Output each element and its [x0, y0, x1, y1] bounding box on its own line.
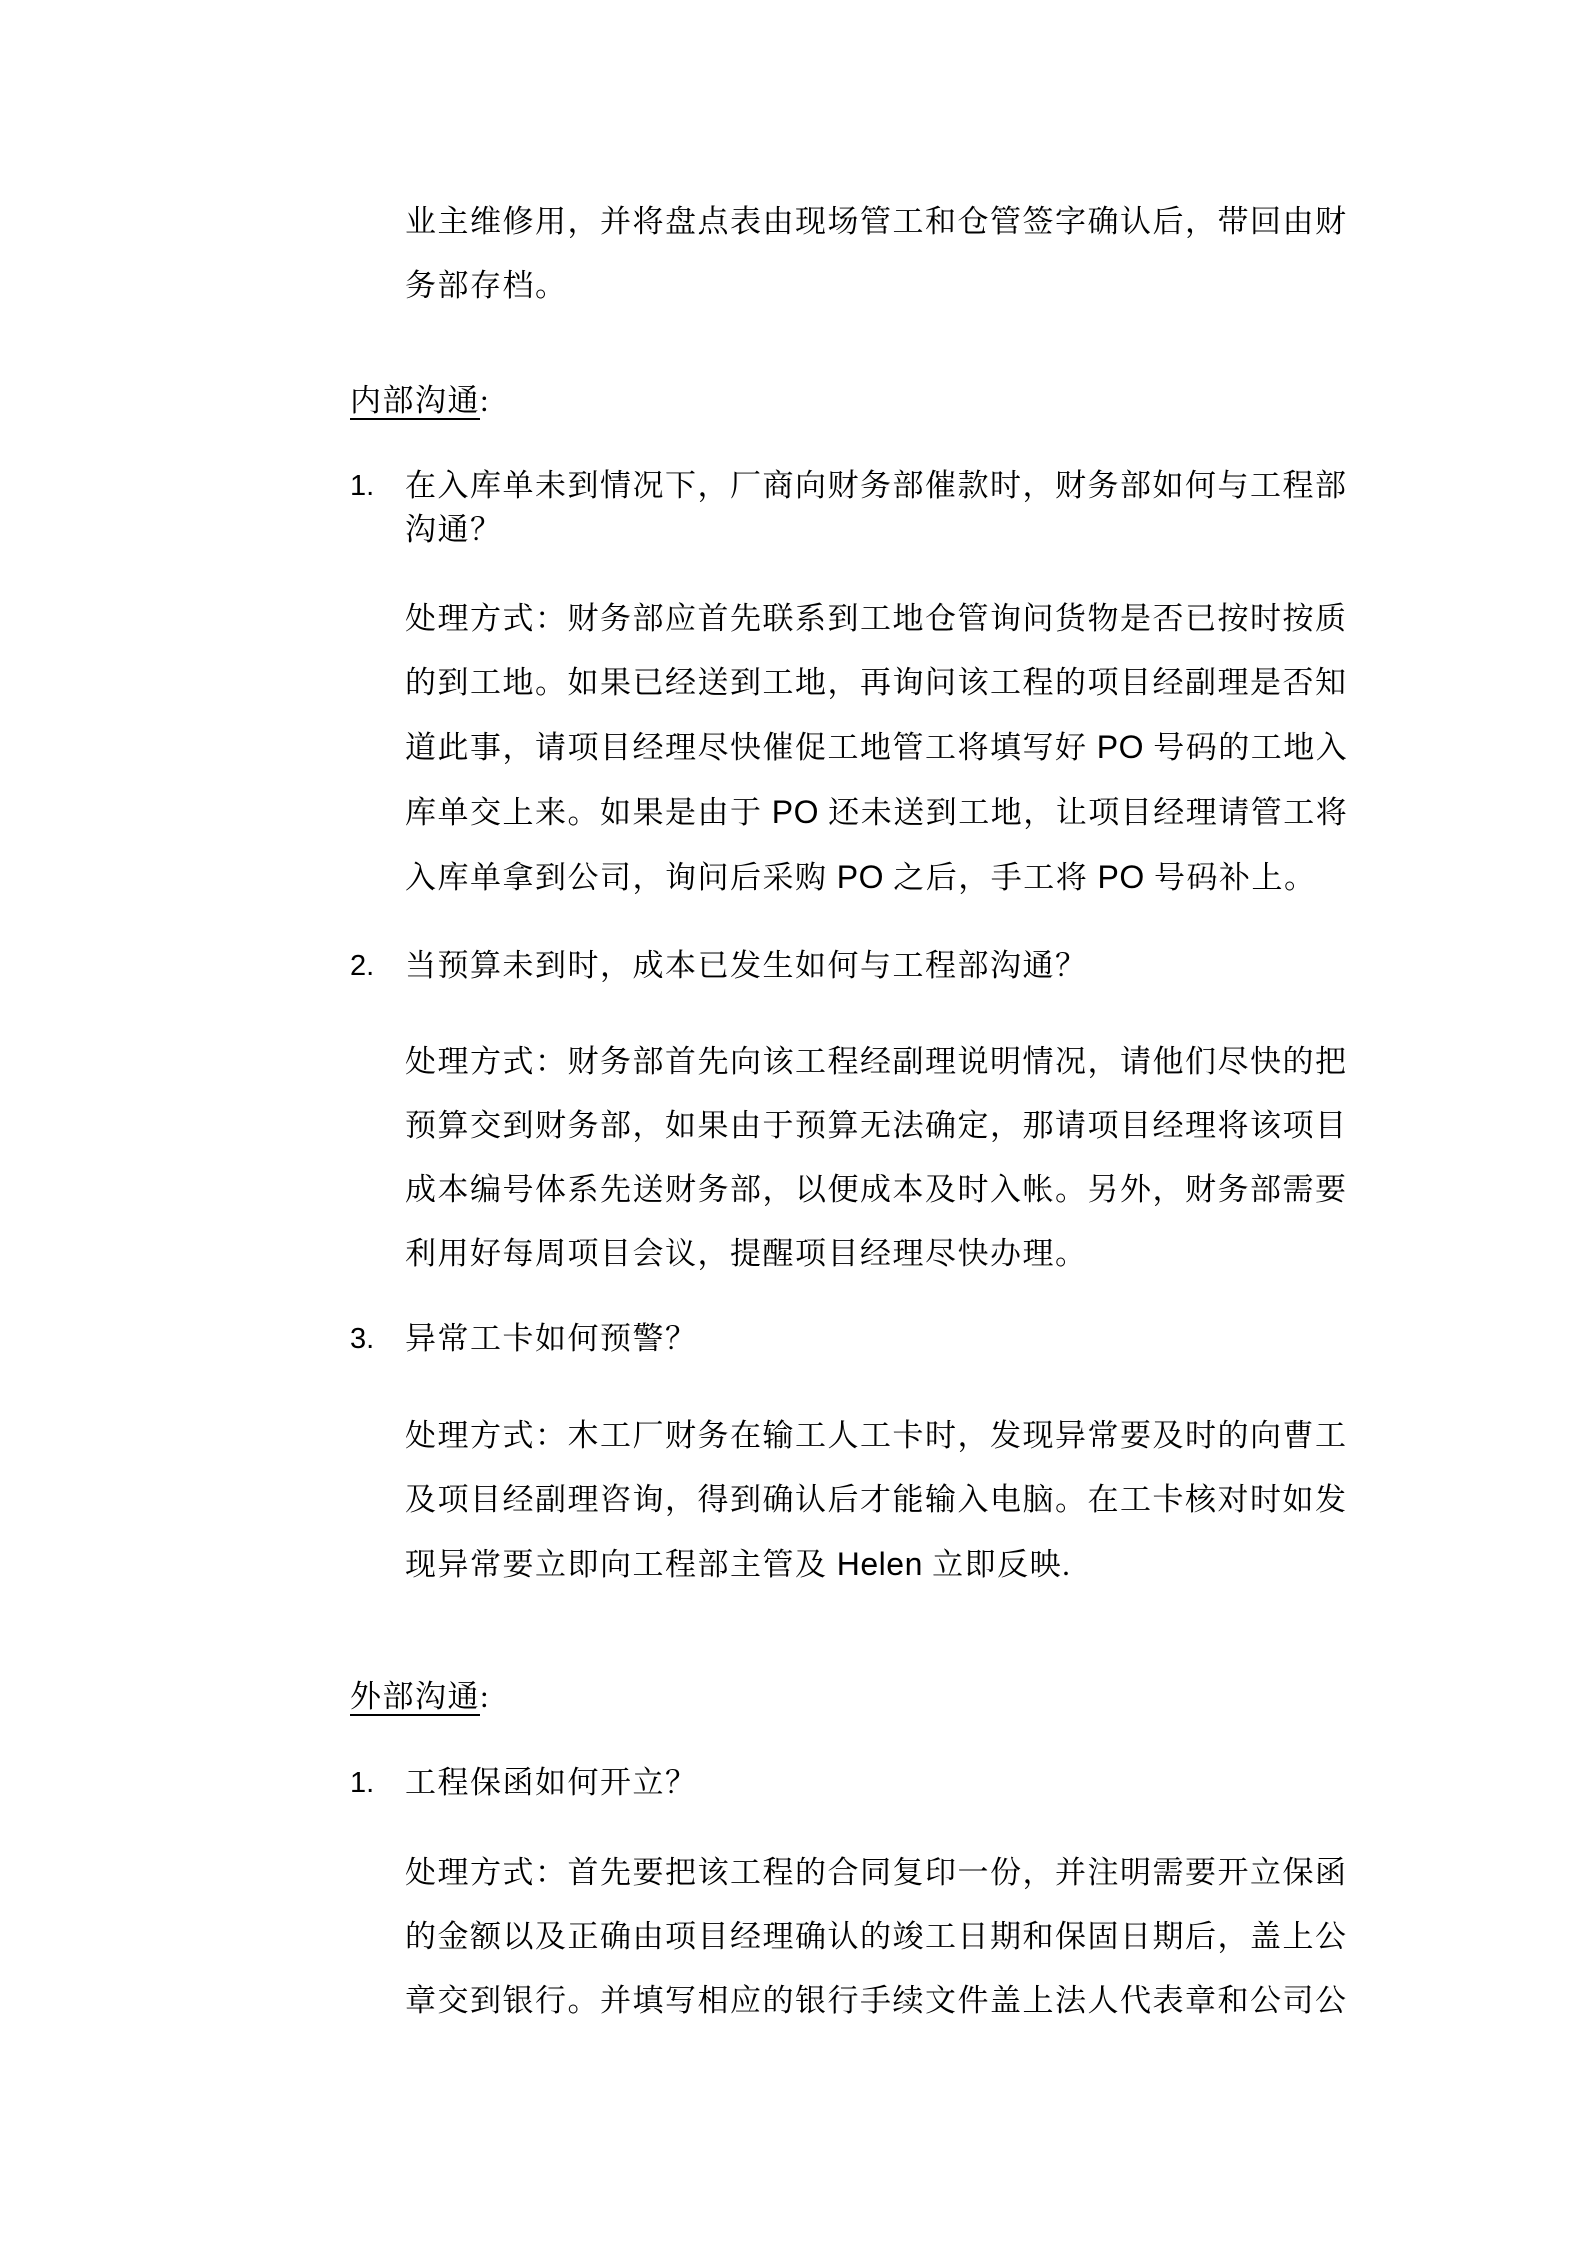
section-heading-internal: 内部沟通:	[350, 379, 1587, 423]
numbered-item: 1. 工程保函如何开立？	[350, 1761, 1587, 1805]
numbered-item: 3. 异常工卡如何预警？	[350, 1317, 1587, 1361]
numbered-item: 1. 在入库单未到情况下，厂商向财务部催款时，财务部如何与工程部 沟通？	[350, 464, 1587, 552]
text-line: 章交到银行。并填写相应的银行手续文件盖上法人代表章和公司公	[405, 1969, 1587, 2033]
latin-text: PO	[837, 859, 884, 895]
latin-text: PO	[772, 794, 819, 830]
text-line: 及项目经副理咨询，得到确认后才能输入电脑。在工卡核对时如发	[405, 1468, 1587, 1532]
answer-paragraph: 处理方式：财务部应首先联系到工地仓管询问货物是否已按时按质 的到工地。如果已经送…	[405, 587, 1587, 910]
text-line: 入库单拿到公司，询问后采购 PO 之后，手工将 PO 号码补上。	[405, 845, 1587, 910]
continuation-paragraph: 业主维修用，并将盘点表由现场管工和仓管签字确认后，带回由财 务部存档。	[405, 190, 1587, 318]
text-line: 业主维修用，并将盘点表由现场管工和仓管签字确认后，带回由财	[405, 190, 1587, 254]
text-line: 的金额以及正确由项目经理确认的竣工日期和保固日期后，盖上公	[405, 1905, 1587, 1969]
answer-text: 号码的工地入	[1144, 730, 1348, 765]
document-page: 业主维修用，并将盘点表由现场管工和仓管签字确认后，带回由财 务部存档。 内部沟通…	[0, 0, 1587, 2245]
question-line: 当预算未到时，成本已发生如何与工程部沟通？	[405, 944, 1587, 988]
answer-paragraph: 处理方式：首先要把该工程的合同复印一份，并注明需要开立保函 的金额以及正确由项目…	[405, 1841, 1587, 2033]
answer-text: 预算交到财务部，如果由于预算无法确定，那请项目经理将该项目	[405, 1108, 1348, 1143]
answer-text: 的金额以及正确由项目经理确认的竣工日期和保固日期后，盖上公	[405, 1919, 1348, 1954]
section-heading-text: 外部沟通	[350, 1679, 480, 1714]
answer-text: 及项目经副理咨询，得到确认后才能输入电脑。在工卡核对时如发	[405, 1482, 1348, 1517]
answer-text: 的到工地。如果已经送到工地，再询问该工程的项目经副理是否知	[405, 665, 1348, 700]
item-question: 异常工卡如何预警？	[405, 1317, 1587, 1361]
latin-text: PO	[1097, 729, 1144, 765]
answer-text: 之后，手工将	[884, 860, 1098, 895]
item-number: 1.	[350, 1761, 405, 1805]
question-line: 工程保函如何开立？	[405, 1761, 1587, 1805]
answer-text: 入库单拿到公司，询问后采购	[405, 860, 837, 895]
answer-text: 立即反映.	[923, 1547, 1072, 1582]
answer-text: 库单交上来。如果是由于	[405, 795, 772, 830]
text-line: 处理方式：木工厂财务在输工人工卡时，发现异常要及时的向曹工	[405, 1404, 1587, 1468]
section-heading-external: 外部沟通:	[350, 1675, 1587, 1719]
numbered-item: 2. 当预算未到时，成本已发生如何与工程部沟通？	[350, 944, 1587, 988]
text-line: 利用好每周项目会议，提醒项目经理尽快办理。	[405, 1222, 1587, 1286]
item-question: 工程保函如何开立？	[405, 1761, 1587, 1805]
text-line: 库单交上来。如果是由于 PO 还未送到工地，让项目经理请管工将	[405, 780, 1587, 845]
answer-text: 处理方式：木工厂财务在输工人工卡时，发现异常要及时的向曹工	[405, 1418, 1348, 1453]
answer-text: 现异常要立即向工程部主管及	[405, 1547, 837, 1582]
item-number: 3.	[350, 1317, 405, 1361]
item-question: 当预算未到时，成本已发生如何与工程部沟通？	[405, 944, 1587, 988]
text-line: 现异常要立即向工程部主管及 Helen 立即反映.	[405, 1532, 1587, 1597]
text-line: 成本编号体系先送财务部，以便成本及时入帐。另外，财务部需要	[405, 1158, 1587, 1222]
answer-text: 处理方式：财务部应首先联系到工地仓管询问货物是否已按时按质	[405, 601, 1348, 636]
text-line: 处理方式：首先要把该工程的合同复印一份，并注明需要开立保函	[405, 1841, 1587, 1905]
answer-text: 章交到银行。并填写相应的银行手续文件盖上法人代表章和公司公	[405, 1983, 1348, 2018]
item-number: 2.	[350, 944, 405, 988]
answer-text: 成本编号体系先送财务部，以便成本及时入帐。另外，财务部需要	[405, 1172, 1348, 1207]
section-heading-colon: :	[480, 383, 490, 418]
item-number: 1.	[350, 464, 405, 552]
answer-paragraph: 处理方式：财务部首先向该工程经副理说明情况，请他们尽快的把 预算交到财务部，如果…	[405, 1030, 1587, 1286]
text-line: 处理方式：财务部首先向该工程经副理说明情况，请他们尽快的把	[405, 1030, 1587, 1094]
answer-text: 利用好每周项目会议，提醒项目经理尽快办理。	[405, 1236, 1088, 1271]
answer-text: 号码补上。	[1145, 860, 1317, 895]
answer-text: 道此事，请项目经理尽快催促工地管工将填写好	[405, 730, 1097, 765]
item-question: 在入库单未到情况下，厂商向财务部催款时，财务部如何与工程部 沟通？	[405, 464, 1587, 552]
text-line: 预算交到财务部，如果由于预算无法确定，那请项目经理将该项目	[405, 1094, 1587, 1158]
section-heading-text: 内部沟通	[350, 383, 480, 418]
answer-text: 处理方式：首先要把该工程的合同复印一份，并注明需要开立保函	[405, 1855, 1348, 1890]
text-line: 处理方式：财务部应首先联系到工地仓管询问货物是否已按时按质	[405, 587, 1587, 651]
text-line: 道此事，请项目经理尽快催促工地管工将填写好 PO 号码的工地入	[405, 715, 1587, 780]
question-line: 异常工卡如何预警？	[405, 1317, 1587, 1361]
latin-text: Helen	[837, 1546, 923, 1582]
answer-text: 还未送到工地，让项目经理请管工将	[819, 795, 1348, 830]
text-line: 务部存档。	[405, 254, 1587, 318]
answer-paragraph: 处理方式：木工厂财务在输工人工卡时，发现异常要及时的向曹工 及项目经副理咨询，得…	[405, 1404, 1587, 1597]
question-line: 在入库单未到情况下，厂商向财务部催款时，财务部如何与工程部	[405, 464, 1587, 508]
question-line: 沟通？	[405, 508, 1587, 552]
answer-text: 处理方式：财务部首先向该工程经副理说明情况，请他们尽快的把	[405, 1044, 1348, 1079]
section-heading-colon: :	[480, 1679, 490, 1714]
text-line: 的到工地。如果已经送到工地，再询问该工程的项目经副理是否知	[405, 651, 1587, 715]
latin-text: PO	[1097, 859, 1144, 895]
